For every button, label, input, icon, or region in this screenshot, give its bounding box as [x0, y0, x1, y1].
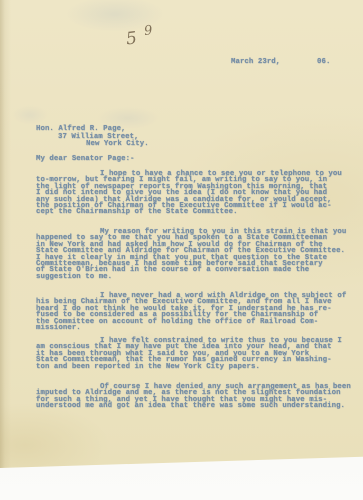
- pencil-digit-5: 5: [125, 28, 138, 49]
- date-line: March 23rd, 06.: [0, 58, 363, 68]
- pencil-annotation: 5 9: [125, 27, 151, 50]
- recipient-city: New York City.: [86, 141, 149, 149]
- recipient-address: Hon. Alfred R. Page, 37 William Street, …: [36, 126, 149, 149]
- salutation: My dear Senator Page:-: [36, 155, 135, 163]
- letter-page: 5 9 March 23rd, 06. Hon. Alfred R. Page,…: [0, 0, 363, 468]
- date-year: 06.: [317, 58, 330, 66]
- scan-background: 5 9 March 23rd, 06. Hon. Alfred R. Page,…: [0, 0, 363, 500]
- letter-paragraph-2: My reason for writing to you in this str…: [36, 229, 356, 280]
- pencil-digit-9: 9: [143, 23, 153, 39]
- letter-paragraph-4: I have felt constrained to write thus to…: [36, 338, 356, 370]
- letter-paragraph-5: Of course I have denied any such arrange…: [36, 384, 356, 410]
- date-text: March 23rd,: [231, 58, 280, 66]
- letter-paragraph-1: I hope to have a chance to see you or te…: [36, 171, 356, 216]
- letter-paragraph-3: I have never had a word with Aldridge on…: [36, 293, 356, 331]
